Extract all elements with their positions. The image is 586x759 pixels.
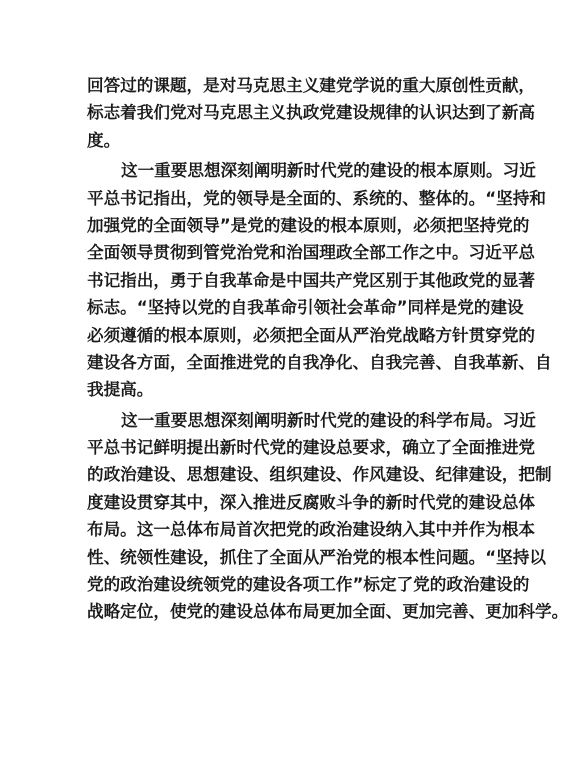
text-line: 布局。这一总体布局首次把党的政治建设纳入其中并作为根本	[87, 516, 495, 543]
text-line: 这一重要思想深刻阐明新时代党的建设的科学布局。习近	[87, 407, 495, 434]
text-line: 标志。“坚持以党的自我革命引领社会革命”同样是党的建设	[87, 294, 495, 321]
text-line: 加强党的全面领导”是党的建设的根本原则，必须把坚持党的	[87, 212, 495, 239]
text-line: 党的政治建设统领党的建设各项工作”标定了党的政治建设的	[87, 571, 495, 598]
text-line: 我提高。	[87, 376, 495, 403]
text-line: 战略定位，使党的建设总体布局更加全面、更加完善、更加科学。	[87, 598, 507, 625]
text-line: 度建设贯穿其中，深入推进反腐败斗争的新时代党的建设总体	[87, 489, 495, 516]
document-body: 回答过的课题，是对马克思主义建党学说的重大原创性贡献， 标志着我们党对马克思主义…	[87, 72, 495, 626]
paragraph-2: 这一重要思想深刻阐明新时代党的建设的根本原则。习近 平总书记指出，党的领导是全面…	[87, 157, 495, 404]
text-line: 性、统领性建设，抓住了全面从严治党的根本性问题。“坚持以	[87, 544, 495, 571]
text-line: 全面领导贯彻到管党治党和治国理政全部工作之中。习近平总	[87, 239, 495, 266]
text-line: 的政治建设、思想建设、组织建设、作风建设、纪律建设，把制	[87, 461, 495, 488]
text-line: 必须遵循的根本原则，必须把全面从严治党战略方针贯穿党的	[87, 322, 495, 349]
text-line: 度。	[87, 127, 495, 154]
text-line: 平总书记指出，党的领导是全面的、系统的、整体的。“坚持和	[87, 185, 495, 212]
text-line: 平总书记鲜明提出新时代党的建设总要求，确立了全面推进党	[87, 434, 495, 461]
text-line: 标志着我们党对马克思主义执政党建设规律的认识达到了新高	[87, 99, 495, 126]
text-line: 书记指出，勇于自我革命是中国共产党区别于其他政党的显著	[87, 267, 495, 294]
paragraph-1: 回答过的课题，是对马克思主义建党学说的重大原创性贡献， 标志着我们党对马克思主义…	[87, 72, 495, 154]
paragraph-3: 这一重要思想深刻阐明新时代党的建设的科学布局。习近 平总书记鲜明提出新时代党的建…	[87, 407, 495, 626]
text-line: 回答过的课题，是对马克思主义建党学说的重大原创性贡献，	[87, 72, 495, 99]
text-line: 这一重要思想深刻阐明新时代党的建设的根本原则。习近	[87, 157, 495, 184]
text-line: 建设各方面，全面推进党的自我净化、自我完善、自我革新、自	[87, 349, 495, 376]
document-page: 回答过的课题，是对马克思主义建党学说的重大原创性贡献， 标志着我们党对马克思主义…	[0, 0, 586, 759]
